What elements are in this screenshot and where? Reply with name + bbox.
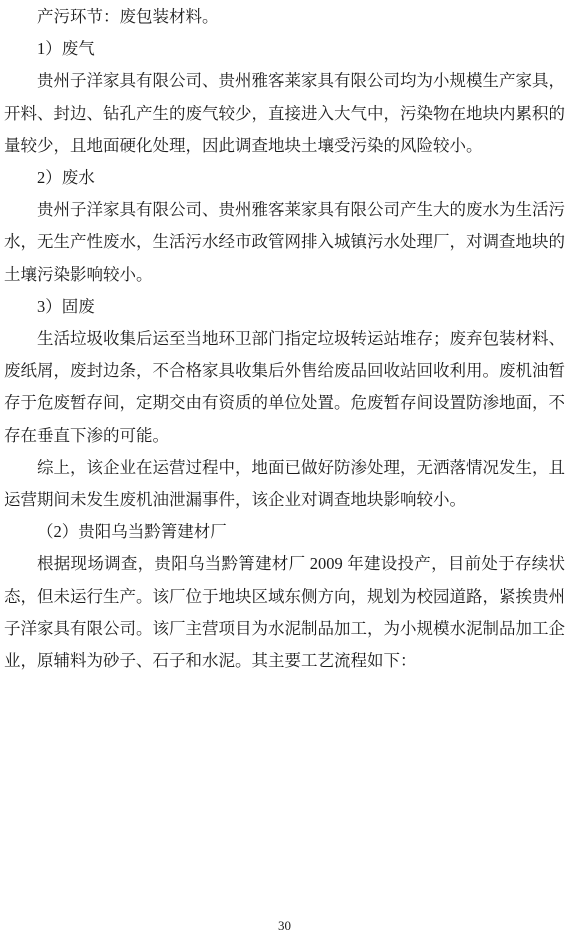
document-page: 产污环节：废包装材料。1）废气贵州子洋家具有限公司、贵州雅客莱家具有限公司均为小… [0, 0, 569, 942]
paragraph-building-material-factory: 根据现场调查，贵阳乌当黔箐建材厂 2009 年建设投产，目前处于存续状态，但未运… [4, 548, 565, 677]
paragraph-waste-water: 贵州子洋家具有限公司、贵州雅客莱家具有限公司产生大的废水为生活污水，无生产性废水… [4, 194, 565, 291]
heading-waste-water: 2）废水 [4, 162, 565, 194]
paragraph-pollution-link: 产污环节：废包装材料。 [4, 1, 565, 33]
document-text-block: 产污环节：废包装材料。1）废气贵州子洋家具有限公司、贵州雅客莱家具有限公司均为小… [4, 1, 565, 677]
paragraph-solid-waste: 生活垃圾收集后运至当地环卫部门指定垃圾转运站堆存；废弃包装材料、废纸屑，废封边条… [4, 323, 565, 452]
page-number: 30 [0, 919, 569, 933]
heading-solid-waste: 3）固废 [4, 291, 565, 323]
heading-building-material-factory: （2）贵阳乌当黔箐建材厂 [4, 516, 565, 548]
heading-waste-gas: 1）废气 [4, 33, 565, 65]
paragraph-waste-gas: 贵州子洋家具有限公司、贵州雅客莱家具有限公司均为小规模生产家具，开料、封边、钻孔… [4, 65, 565, 162]
paragraph-summary: 综上，该企业在运营过程中，地面已做好防渗处理，无洒落情况发生，且运营期间未发生废… [4, 452, 565, 516]
